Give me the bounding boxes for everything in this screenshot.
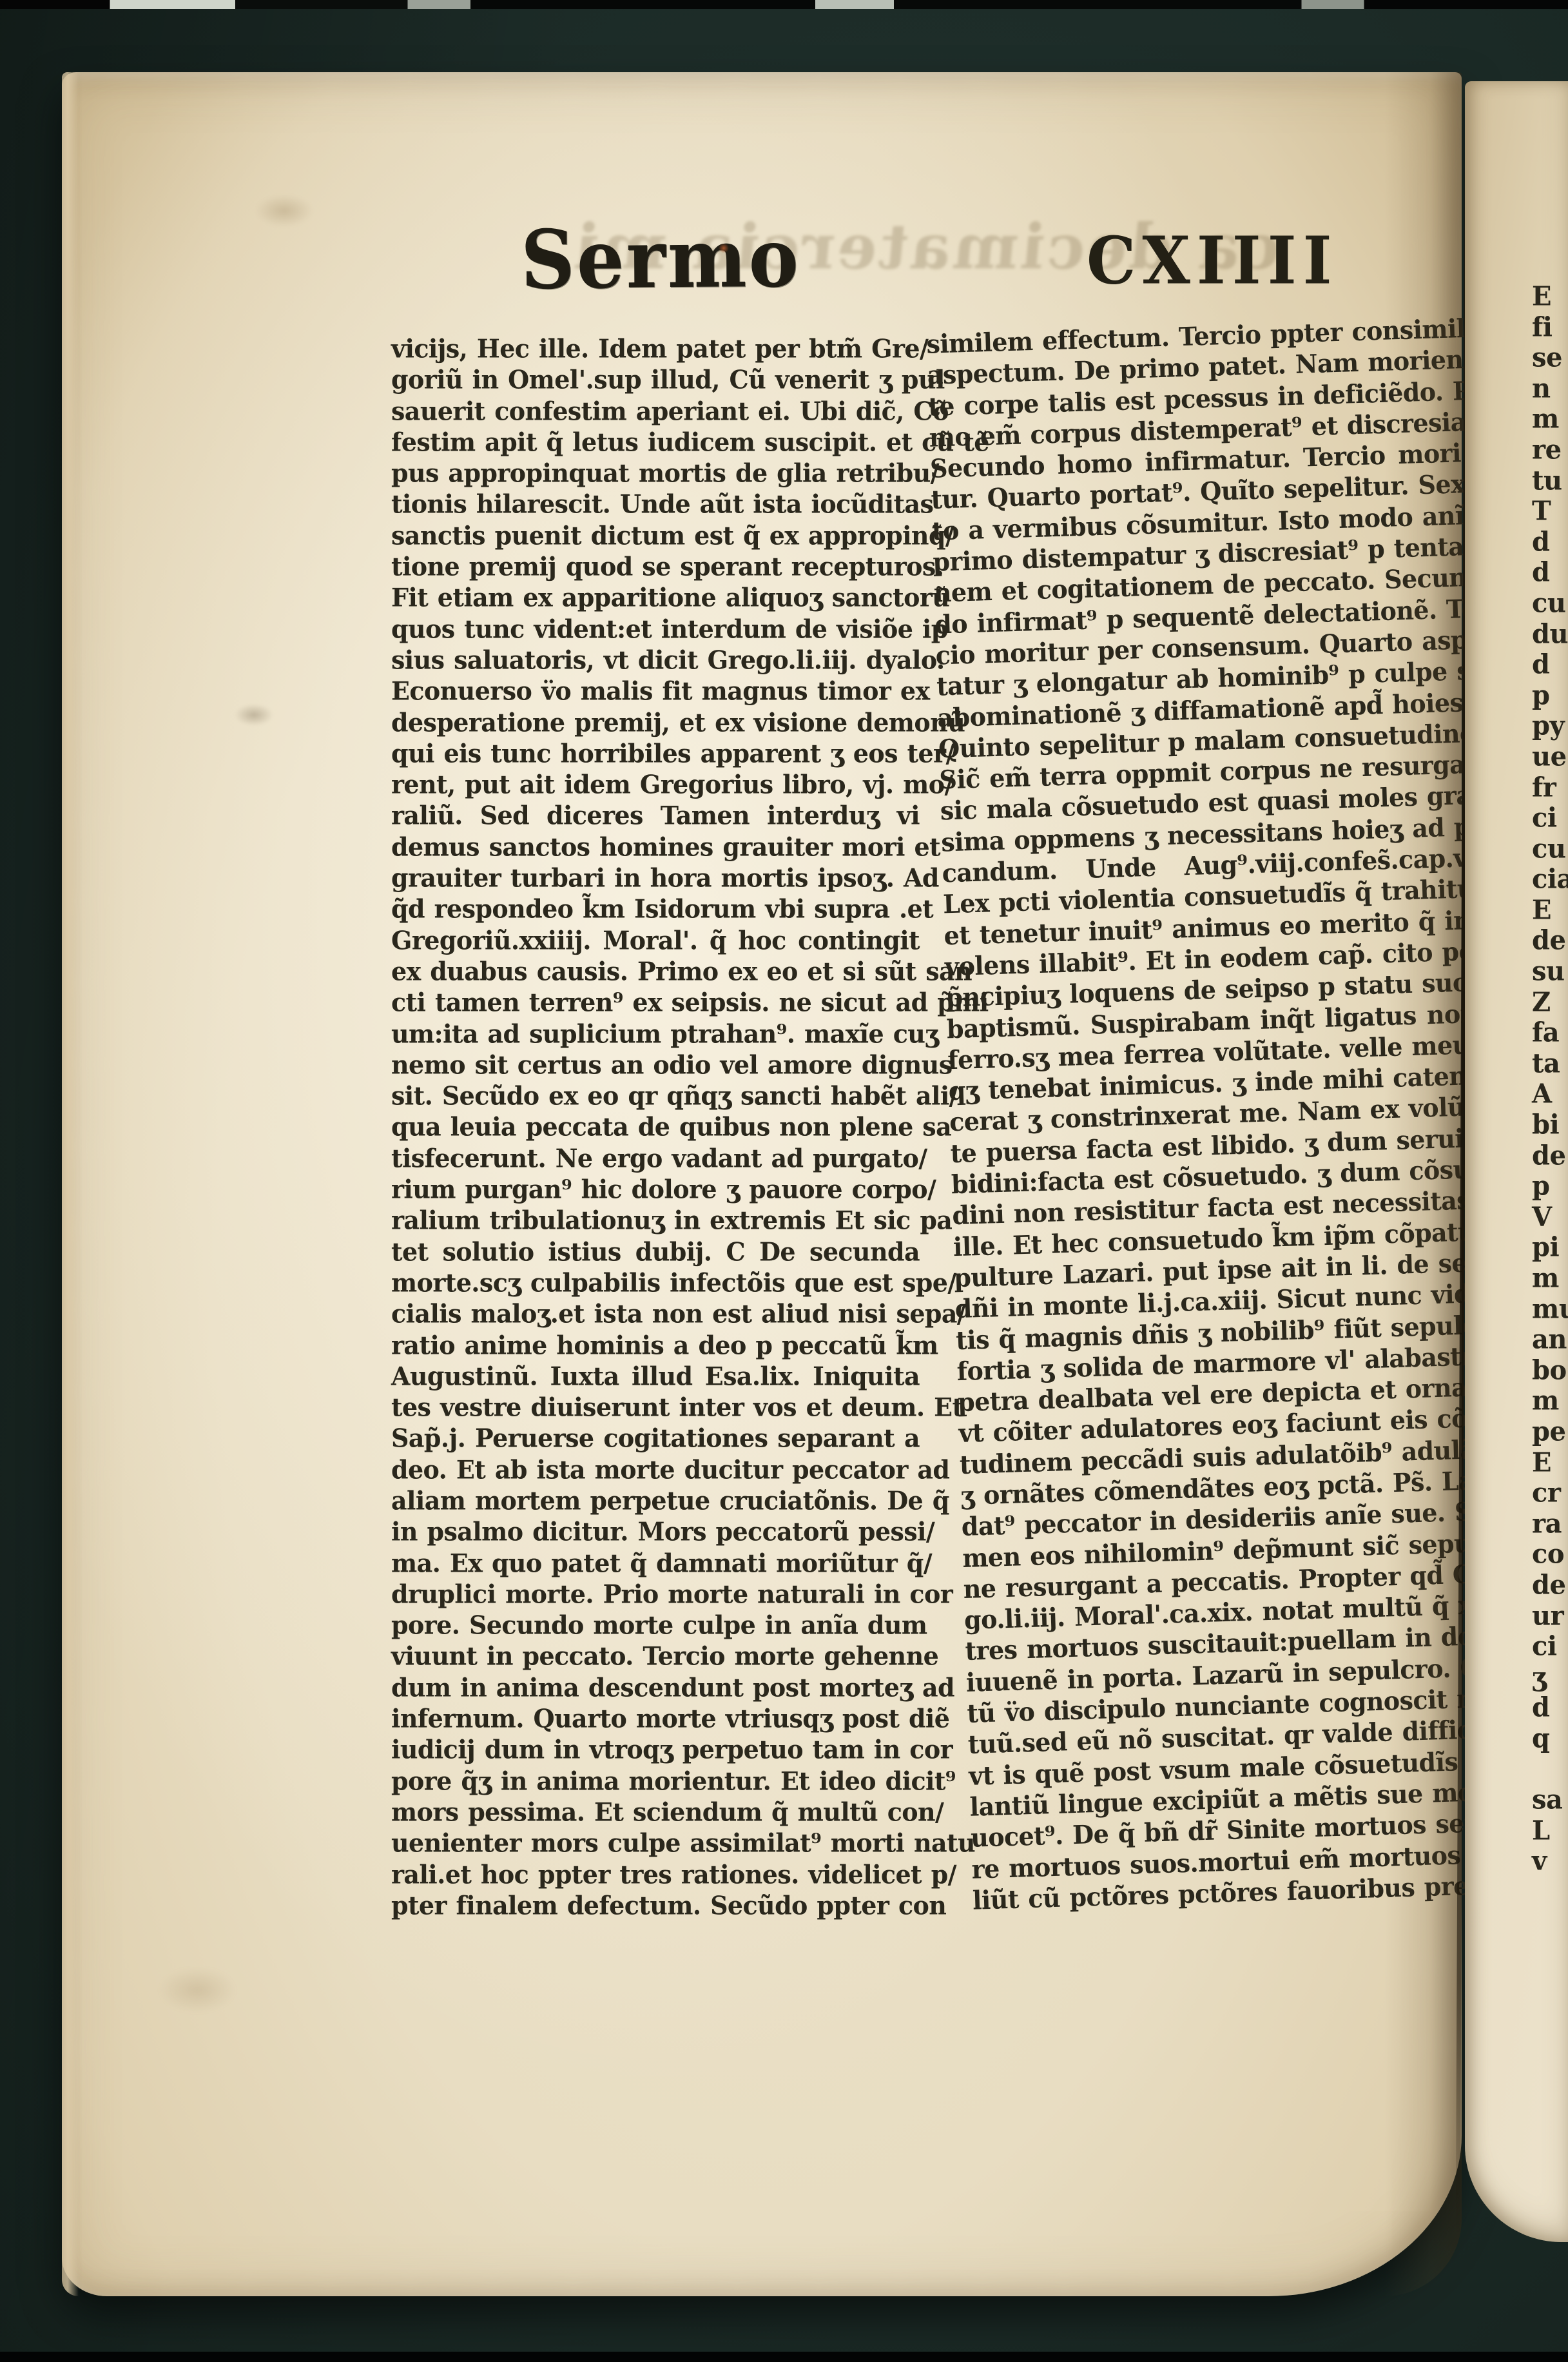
text-line: Sap̃.j. Peruerse cogitationes separant a (391, 1422, 920, 1454)
text-line: grauiter turbari in hora mortis ipsoʒ. A… (391, 862, 920, 894)
text-line: sit. Secũdo ex eo qr qñqʒ sancti habẽt a… (391, 1080, 920, 1112)
clipped-text-fragment: m (1532, 403, 1568, 434)
next-page-edge: EfisenmretuTddcududppyuefrcicuciaEdesuZf… (1465, 81, 1568, 2242)
clipped-text-fragment: cia (1532, 863, 1568, 895)
clipped-text-fragment: fr (1532, 772, 1568, 803)
clipped-text-fragment: se (1532, 342, 1568, 373)
clipped-text-fragment: ur (1532, 1600, 1568, 1632)
text-line: druplici morte. Prio morte naturali in c… (391, 1578, 920, 1610)
clipped-text-fragment: E (1532, 280, 1568, 312)
text-line: cti tamen terren⁹ ex seipsis. ne sicut a… (391, 986, 920, 1019)
text-line: infernum. Quarto morte vtriusqʒ post diẽ (391, 1703, 920, 1735)
text-line: Econuerso v̈o malis fit magnus timor ex (391, 675, 920, 707)
clipped-text-fragment: bi (1532, 1109, 1568, 1140)
text-line: morte.scʒ culpabilis infectõis que est s… (391, 1267, 920, 1299)
clipped-text-fragment: m (1532, 1385, 1568, 1416)
photo-border-top (0, 0, 1568, 9)
clipped-text-fragment: co (1532, 1538, 1568, 1570)
clipped-text-fragment: v (1532, 1845, 1568, 1877)
text-line: in psalmo dicitur. Mors peccatorũ pessi/ (391, 1516, 920, 1548)
text-line: pore q̃ʒ in anima morientur. Et ideo dic… (391, 1765, 920, 1797)
text-line: goriũ in Omel'.sup illud, Cũ venerit ʒ p… (391, 364, 920, 396)
text-line: Fit etiam ex apparitione aliquoʒ sanctor… (391, 581, 920, 614)
clipped-text-fragment: d (1532, 1692, 1568, 1723)
stain-spot (235, 704, 273, 726)
clipped-text-fragment: A (1532, 1078, 1568, 1109)
clipped-text-fragment: m (1532, 1262, 1568, 1294)
clipped-text-fragment: ci (1532, 802, 1568, 834)
clipped-text-fragment: Z (1532, 986, 1568, 1018)
text-line: raliũ. Sed diceres Tamen interduʒ vi (391, 799, 920, 832)
text-line: tes vestre diuiserunt inter vos et deum.… (391, 1391, 920, 1423)
clipped-text-fragment: ʒ (1532, 1661, 1568, 1693)
text-line: qui eis tunc horribiles apparent ʒ eos t… (391, 737, 920, 770)
running-title: Sermo (521, 211, 801, 307)
clipped-text-fragment: fi (1532, 311, 1568, 343)
clipped-text-fragment: tu (1532, 465, 1568, 496)
text-line: sanctis puenit dictum est q̃ ex appropin… (391, 520, 920, 552)
text-line: ralium tribulationuʒ in extremis Et sic … (391, 1204, 920, 1236)
text-line: sius saluatoris, vt dicit Grego.li.iij. … (391, 644, 920, 676)
text-line: qua leuia peccata de quibus non plene sa (391, 1111, 920, 1143)
text-line: tionis hilarescit. Unde aũt ista iocũdit… (391, 489, 920, 521)
text-line: demus sanctos homines grauiter mori et (391, 831, 920, 863)
clipped-text-fragment: ci (1532, 1630, 1568, 1662)
text-line: nemo sit certus an odio vel amore dignus (391, 1049, 920, 1081)
clipped-text-fragment: d (1532, 526, 1568, 558)
clipped-text-fragment: sa (1532, 1784, 1568, 1815)
text-line: dum in anima descendunt post morteʒ ad (391, 1672, 920, 1704)
clipped-text-fragment: p (1532, 679, 1568, 711)
clipped-text-fragment: de (1532, 1569, 1568, 1601)
clipped-text-fragment: cu (1532, 833, 1568, 864)
clipped-text-fragment: de (1532, 1140, 1568, 1171)
clipped-text-fragment: d (1532, 556, 1568, 588)
text-column-left: vicijs, Hec ille. Idem patet per btm̃ Gr… (391, 333, 920, 1921)
clipped-text-column: EfisenmretuTddcududppyuefrcicuciaEdesuZf… (1532, 281, 1568, 1877)
clipped-text-fragment: du (1532, 618, 1568, 650)
text-line: vicijs, Hec ille. Idem patet per btm̃ Gr… (391, 333, 920, 365)
clipped-text-fragment: su (1532, 955, 1568, 987)
clipped-text-fragment: cu (1532, 587, 1568, 619)
clipped-text-fragment: py (1532, 710, 1568, 741)
clipped-text-fragment: fa (1532, 1017, 1568, 1048)
clipped-text-fragment: bo (1532, 1354, 1568, 1386)
clipped-text-fragment: q (1532, 1723, 1568, 1754)
clipped-text-fragment: n (1532, 373, 1568, 404)
clipped-text-fragment: cr (1532, 1477, 1568, 1508)
text-line: tet solutio istius dubij. C De secunda (391, 1236, 920, 1268)
clipped-text-fragment: L (1532, 1815, 1568, 1846)
clipped-text-fragment: ue (1532, 741, 1568, 772)
text-line: rium purgan⁹ hic dolore ʒ pauore corpo/ (391, 1173, 920, 1205)
clipped-text-fragment: pe (1532, 1416, 1568, 1447)
stain-spot (159, 1967, 236, 2013)
clipped-text-fragment: d (1532, 649, 1568, 680)
text-line: sauerit confestim aperiant ei. Ubi dic̃,… (391, 395, 920, 427)
text-line: ex duabus causis. Primo ex eo et si sũt … (391, 955, 920, 988)
clipped-text-fragment (1532, 1753, 1568, 1785)
folio-number: CXIIII (1087, 222, 1339, 299)
text-line: aliam mortem perpetue cruciatõnis. De q̃ (391, 1485, 920, 1517)
text-line: Augustinũ. Iuxta illud Esa.lix. Iniquita (391, 1360, 920, 1392)
text-line: festim apit q̃ letus iudicem suscipit. e… (391, 426, 920, 458)
text-line: tione premij quod se sperant recepturos. (391, 551, 920, 583)
text-line: rent, put ait idem Gregorius libro, vj. … (391, 768, 920, 801)
text-line: pore. Secundo morte culpe in anĩa dum (391, 1609, 920, 1641)
gutter-shadow (1384, 72, 1462, 2296)
text-line: quos tunc vident:et interdum de visiõe i… (391, 613, 920, 645)
text-line: pter finalem defectum. Secũdo ppter con (391, 1889, 920, 1922)
text-line: tisfecerunt. Ne ergo vadant ad purgato/ (391, 1142, 920, 1175)
text-line: ma. Ex quo patet q̃ damnati moriũtur q̃/ (391, 1547, 920, 1579)
clipped-text-fragment: mu (1532, 1293, 1568, 1325)
left-page: ca decimatercia mi Sermo CXIIII vicijs, … (62, 72, 1462, 2296)
clipped-text-fragment: re (1532, 434, 1568, 465)
text-line: desperatione premij, et ex visione demon… (391, 707, 920, 739)
clipped-text-fragment: de (1532, 925, 1568, 957)
clipped-text-fragment: E (1532, 894, 1568, 926)
photo-border-bottom (0, 2352, 1568, 2362)
clipped-text-fragment: an (1532, 1323, 1568, 1355)
text-line: iudicij dum in vtroqʒ perpetuo tam in co… (391, 1733, 920, 1766)
text-line: ratio anime hominis a deo p peccatũ k̃m (391, 1329, 920, 1362)
clipped-text-fragment: ta (1532, 1048, 1568, 1079)
clipped-text-fragment: p (1532, 1170, 1568, 1202)
clipped-text-fragment: V (1532, 1201, 1568, 1233)
text-line: pus appropinquat mortis de glia retribu/ (391, 457, 920, 489)
text-line: um:ita ad suplicium ptrahan⁹. maxĩe cuʒ (391, 1018, 920, 1050)
text-line: rali.et hoc ppter tres rationes. videlic… (391, 1859, 920, 1891)
clipped-text-fragment: ra (1532, 1508, 1568, 1539)
clipped-text-fragment: pi (1532, 1231, 1568, 1263)
text-line: uenienter mors culpe assimilat⁹ morti na… (391, 1827, 920, 1859)
text-line: viuunt in peccato. Tercio morte gehenne (391, 1641, 920, 1673)
text-line: Gregoriũ.xxiiij. Moral'. q̃ hoc contingi… (391, 924, 920, 957)
text-line: deo. Et ab ista morte ducitur peccator a… (391, 1454, 920, 1486)
text-line: cialis maloʒ.et ista non est aliud nisi … (391, 1298, 920, 1330)
text-line: q̃d respondeo k̃m Isidorum vbi supra .et (391, 893, 920, 925)
clipped-text-fragment: E (1532, 1447, 1568, 1478)
book-photo: ca decimatercia mi Sermo CXIIII vicijs, … (0, 0, 1568, 2362)
clipped-text-fragment: T (1532, 495, 1568, 527)
text-line: mors pessima. Et sciendum q̃ multũ con/ (391, 1796, 920, 1828)
